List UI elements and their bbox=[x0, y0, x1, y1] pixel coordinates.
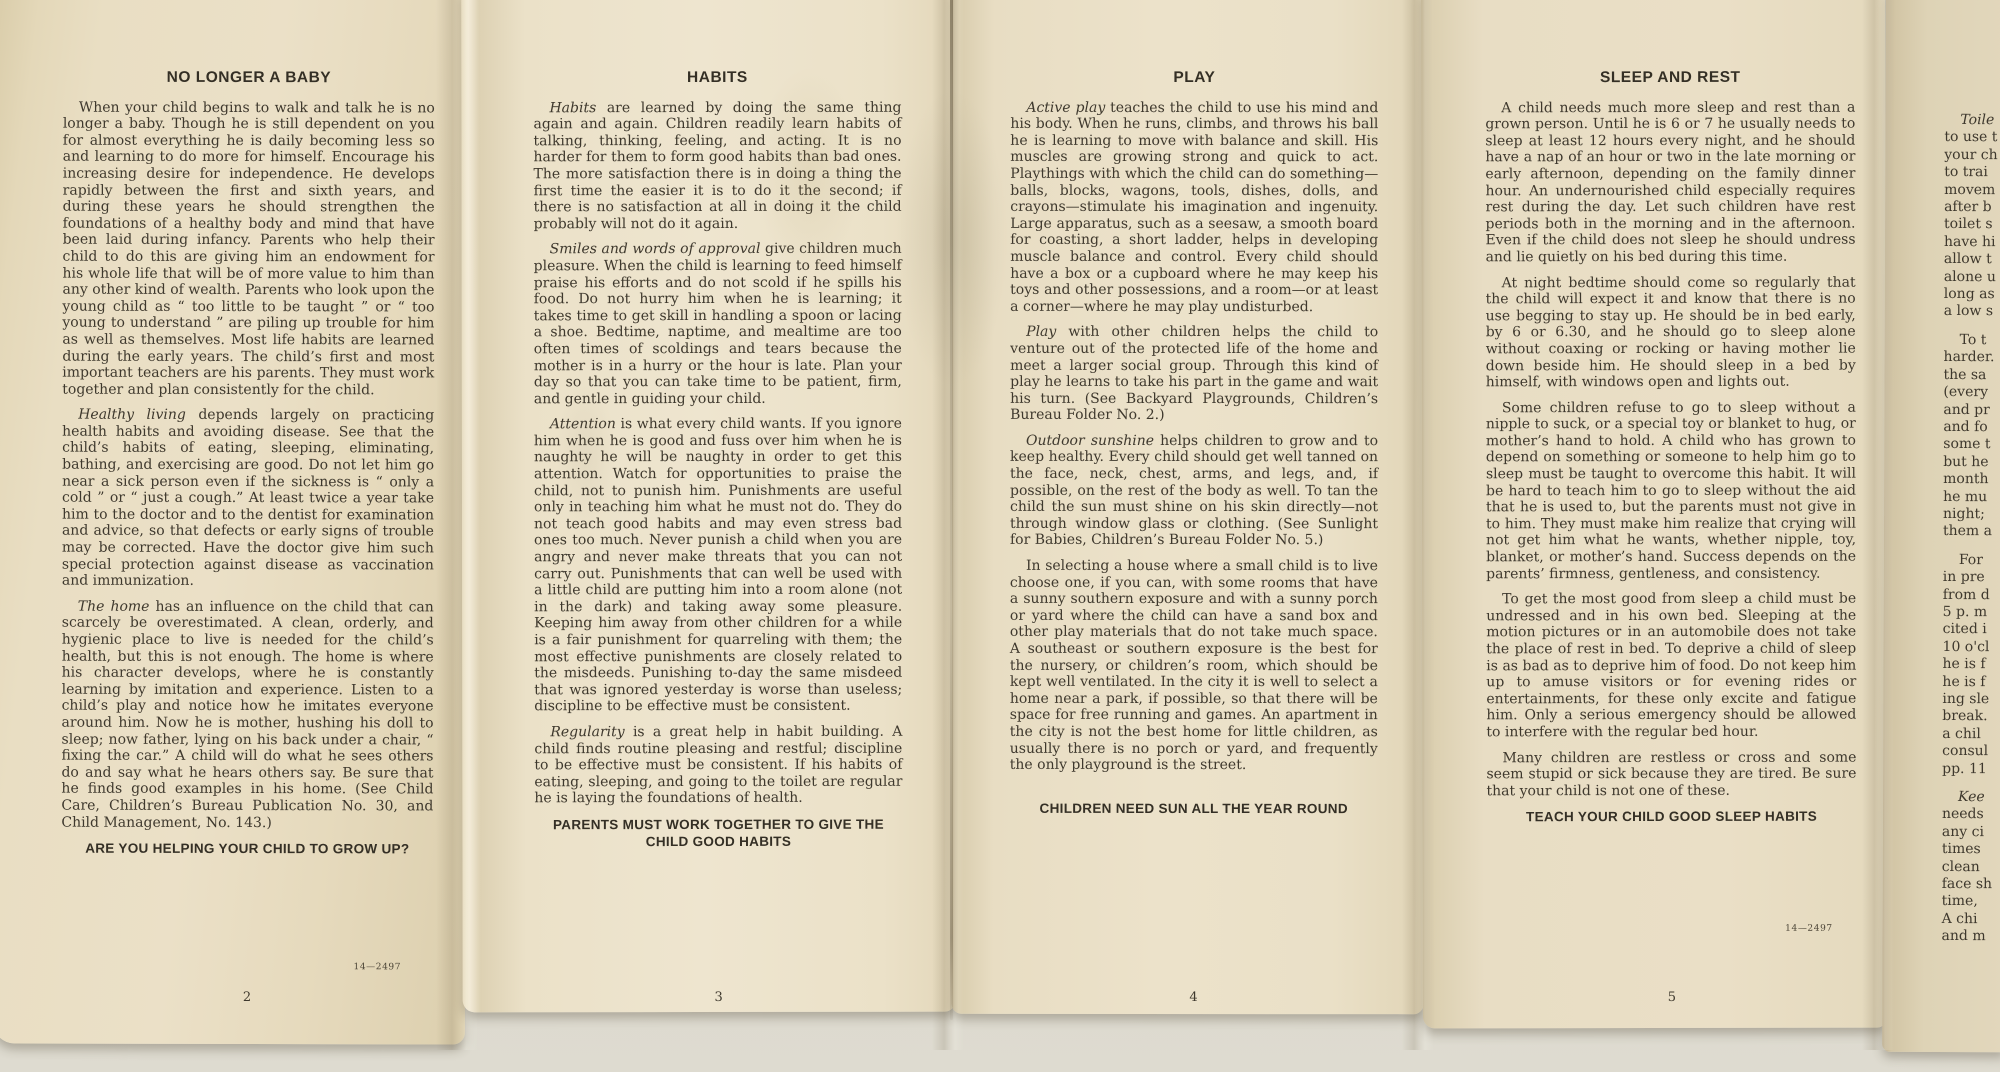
paragraph-text: Many children are restless or cross and … bbox=[1486, 749, 1856, 799]
paragraph-text: are learned by doing the same thing agai… bbox=[533, 99, 901, 232]
paragraph-text: When your child begins to walk and talk … bbox=[62, 99, 435, 398]
page-number: 2 bbox=[61, 990, 433, 1006]
clipped-paragraph: Forin prefrom d5 p. mcited i10 o'clhe is… bbox=[1942, 552, 2000, 778]
paragraph-text: teaches the child to use his mind and hi… bbox=[1010, 100, 1378, 315]
body-paragraph: Play with other children helps the child… bbox=[1010, 324, 1378, 424]
paragraph-lead-italic: Play bbox=[1026, 324, 1056, 340]
body-paragraph: A child needs much more sleep and rest t… bbox=[1485, 99, 1855, 266]
page-2-text-column: NO LONGER A BABY When your child begins … bbox=[0, 0, 467, 1044]
paragraph-lead-italic: Healthy living bbox=[78, 407, 186, 423]
clipped-paragraph: Toileto use tyour chto traimovemafter bt… bbox=[1944, 112, 2000, 321]
page-number: 5 bbox=[1487, 990, 1857, 1006]
page-6-text-column: Toileto use tyour chto traimovemafter bt… bbox=[1882, 0, 2000, 1052]
body-paragraph: Attention is what every child wants. If … bbox=[534, 416, 902, 715]
page-title: PLAY bbox=[1010, 70, 1378, 87]
paragraph-text: Some children refuse to go to sleep with… bbox=[1486, 399, 1856, 582]
body-paragraph: Regularity is a great help in habit buil… bbox=[534, 724, 902, 807]
footer-slogan: TEACH YOUR CHILD GOOD SLEEP HABITS bbox=[1487, 808, 1857, 826]
paragraph-lead-italic: Habits bbox=[549, 100, 596, 116]
clipped-paragraph: To tharder.the sa(everyand prand fosome … bbox=[1943, 332, 2000, 541]
paragraph-lead-italic: Attention bbox=[550, 416, 616, 432]
paragraph-lead-italic: Smiles and words of approval bbox=[550, 241, 761, 257]
body-paragraph: The home has an influence on the child t… bbox=[61, 598, 433, 831]
paragraph-lead-italic: Active play bbox=[1026, 99, 1105, 115]
page-number: 3 bbox=[535, 990, 903, 1006]
pamphlet-photo: NO LONGER A BABY When your child begins … bbox=[0, 0, 2000, 1072]
body-paragraph: Some children refuse to go to sleep with… bbox=[1486, 399, 1856, 582]
body-paragraph: In selecting a house where a small child… bbox=[1010, 558, 1378, 774]
page-4-panel: PLAY Active play teaches the child to us… bbox=[952, 0, 1425, 1014]
body-paragraph: At night bedtime should come so regularl… bbox=[1486, 274, 1856, 391]
page-title: HABITS bbox=[533, 70, 901, 87]
page-number: 4 bbox=[1010, 990, 1378, 1005]
clipped-paragraph: Keeneedsany citimescleanface shtime,A ch… bbox=[1942, 789, 2000, 946]
page-title: SLEEP AND REST bbox=[1485, 70, 1855, 87]
paragraph-lead-italic: Outdoor sunshine bbox=[1026, 433, 1154, 449]
paragraph-text: helps children to grow and to keep healt… bbox=[1010, 433, 1378, 549]
paragraph-text: In selecting a house where a small child… bbox=[1010, 558, 1378, 773]
body-paragraph: Many children are restless or cross and … bbox=[1486, 749, 1856, 799]
footer-slogan: CHILDREN NEED SUN ALL THE YEAR ROUND bbox=[1010, 800, 1378, 818]
paragraph-text: has an influence on the child that can s… bbox=[61, 599, 433, 831]
paragraph-text: A child needs much more sleep and rest t… bbox=[1485, 99, 1855, 265]
footer-slogan: ARE YOU HELPING YOUR CHILD TO GROW UP? bbox=[61, 840, 433, 858]
paragraph-text: is what every child wants. If you ignore… bbox=[534, 416, 902, 715]
print-code: 14—2497 bbox=[353, 962, 401, 972]
footer-slogan: PARENTS MUST WORK TOGETHER TO GIVE THE C… bbox=[550, 816, 886, 851]
page-3-panel: HABITS Habits are learned by doing the s… bbox=[461, 0, 954, 1012]
print-code: 14—2497 bbox=[1785, 924, 1833, 934]
paragraph-lead-italic: Regularity bbox=[550, 724, 624, 740]
paragraph-text: To get the most good from sleep a child … bbox=[1486, 591, 1856, 740]
page-5-panel: SLEEP AND REST A child needs much more s… bbox=[1421, 0, 1887, 1028]
page-4-text-column: PLAY Active play teaches the child to us… bbox=[952, 0, 1425, 1014]
body-paragraph: To get the most good from sleep a child … bbox=[1486, 591, 1856, 741]
page-6-partial-panel: Toileto use tyour chto traimovemafter bt… bbox=[1882, 0, 2000, 1052]
paragraph-text: At night bedtime should come so regularl… bbox=[1486, 274, 1856, 390]
page-3-text-column: HABITS Habits are learned by doing the s… bbox=[461, 0, 954, 1012]
paragraph-text: with other children helps the child to v… bbox=[1010, 324, 1378, 423]
paragraph-text: give children much pleasure. When the ch… bbox=[534, 241, 902, 407]
body-paragraph: When your child begins to walk and talk … bbox=[62, 99, 435, 398]
page-2-panel: NO LONGER A BABY When your child begins … bbox=[0, 0, 467, 1044]
page-title: NO LONGER A BABY bbox=[63, 70, 435, 87]
page-5-text-column: SLEEP AND REST A child needs much more s… bbox=[1421, 0, 1887, 1028]
body-paragraph: Habits are learned by doing the same thi… bbox=[533, 99, 901, 232]
paragraph-lead-italic: The home bbox=[78, 598, 150, 614]
body-paragraph: Active play teaches the child to use his… bbox=[1010, 99, 1378, 315]
body-paragraph: Healthy living depends largely on practi… bbox=[62, 407, 434, 590]
paragraph-text: depends largely on practicing health hab… bbox=[62, 407, 434, 589]
body-paragraph: Outdoor sunshine helps children to grow … bbox=[1010, 433, 1378, 549]
body-paragraph: Smiles and words of approval give childr… bbox=[534, 241, 902, 407]
